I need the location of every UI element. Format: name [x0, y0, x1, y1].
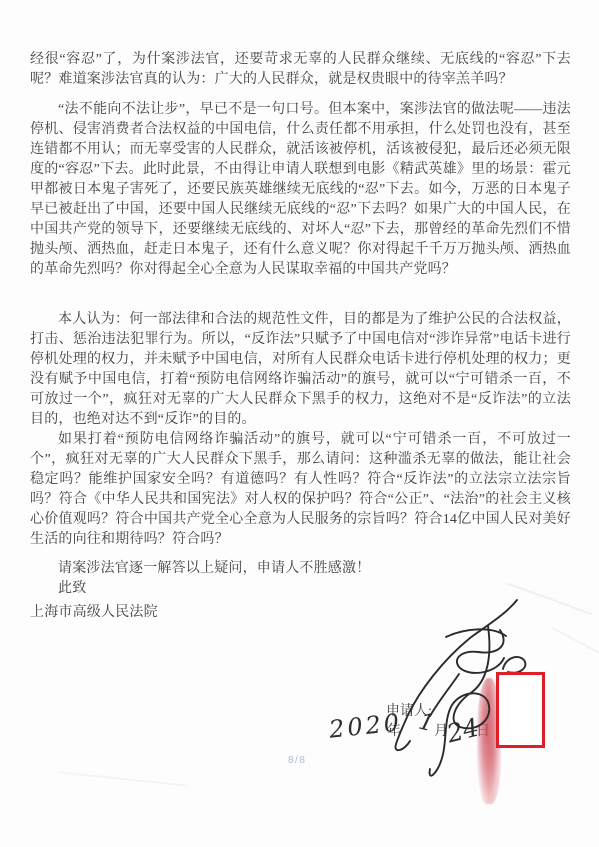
scan-streak	[58, 771, 187, 787]
date-year-suffix: 年	[387, 720, 401, 740]
court-name: 上海市高级人民法院	[30, 603, 571, 623]
paragraph-continuation: 经很“容忍”了，为什案涉法官，还要苛求无辜的人民群众继续、无底线的“容忍”下去呢…	[30, 50, 571, 90]
scanned-letter-page: 经很“容忍”了，为什案涉法官，还要苛求无辜的人民群众继续、无底线的“容忍”下去呢…	[0, 0, 599, 847]
document-body: 经很“容忍”了，为什案涉法官，还要苛求无辜的人民群众继续、无底线的“容忍”下去呢…	[30, 50, 571, 623]
scan-streak	[551, 627, 599, 656]
red-seal-smudge	[477, 678, 501, 804]
paragraph-request-answers: 请案涉法官逐一解答以上疑问，申请人不胜感激！	[30, 559, 571, 579]
date-month-suffix: 月	[434, 720, 448, 740]
paragraph-questions: 如果打着“预防电信网络诈骗活动”的旗号，就可以“宁可错杀一百，不可放过一个”，疯…	[30, 430, 571, 550]
applicant-label: 申请人:	[386, 700, 432, 720]
paragraph-law-cannot-yield: “法不能向不法让步”，早已不是一句口号。但本案中，案涉法官的做法呢——违法停机、…	[30, 100, 571, 280]
page-number: 8/8	[288, 755, 306, 766]
handwritten-day: 24	[444, 713, 482, 749]
handwritten-month: 1	[416, 709, 436, 738]
paragraph-opinion: 本人认为：何一部法律和合法的规范性文件，目的都是为了维护公民的合法权益，打击、惩…	[30, 310, 571, 430]
handwritten-year: 2020	[328, 708, 404, 743]
closing-respect: 此致	[30, 579, 571, 599]
date-day-suffix: 日	[476, 720, 490, 740]
redaction-box	[496, 672, 545, 748]
